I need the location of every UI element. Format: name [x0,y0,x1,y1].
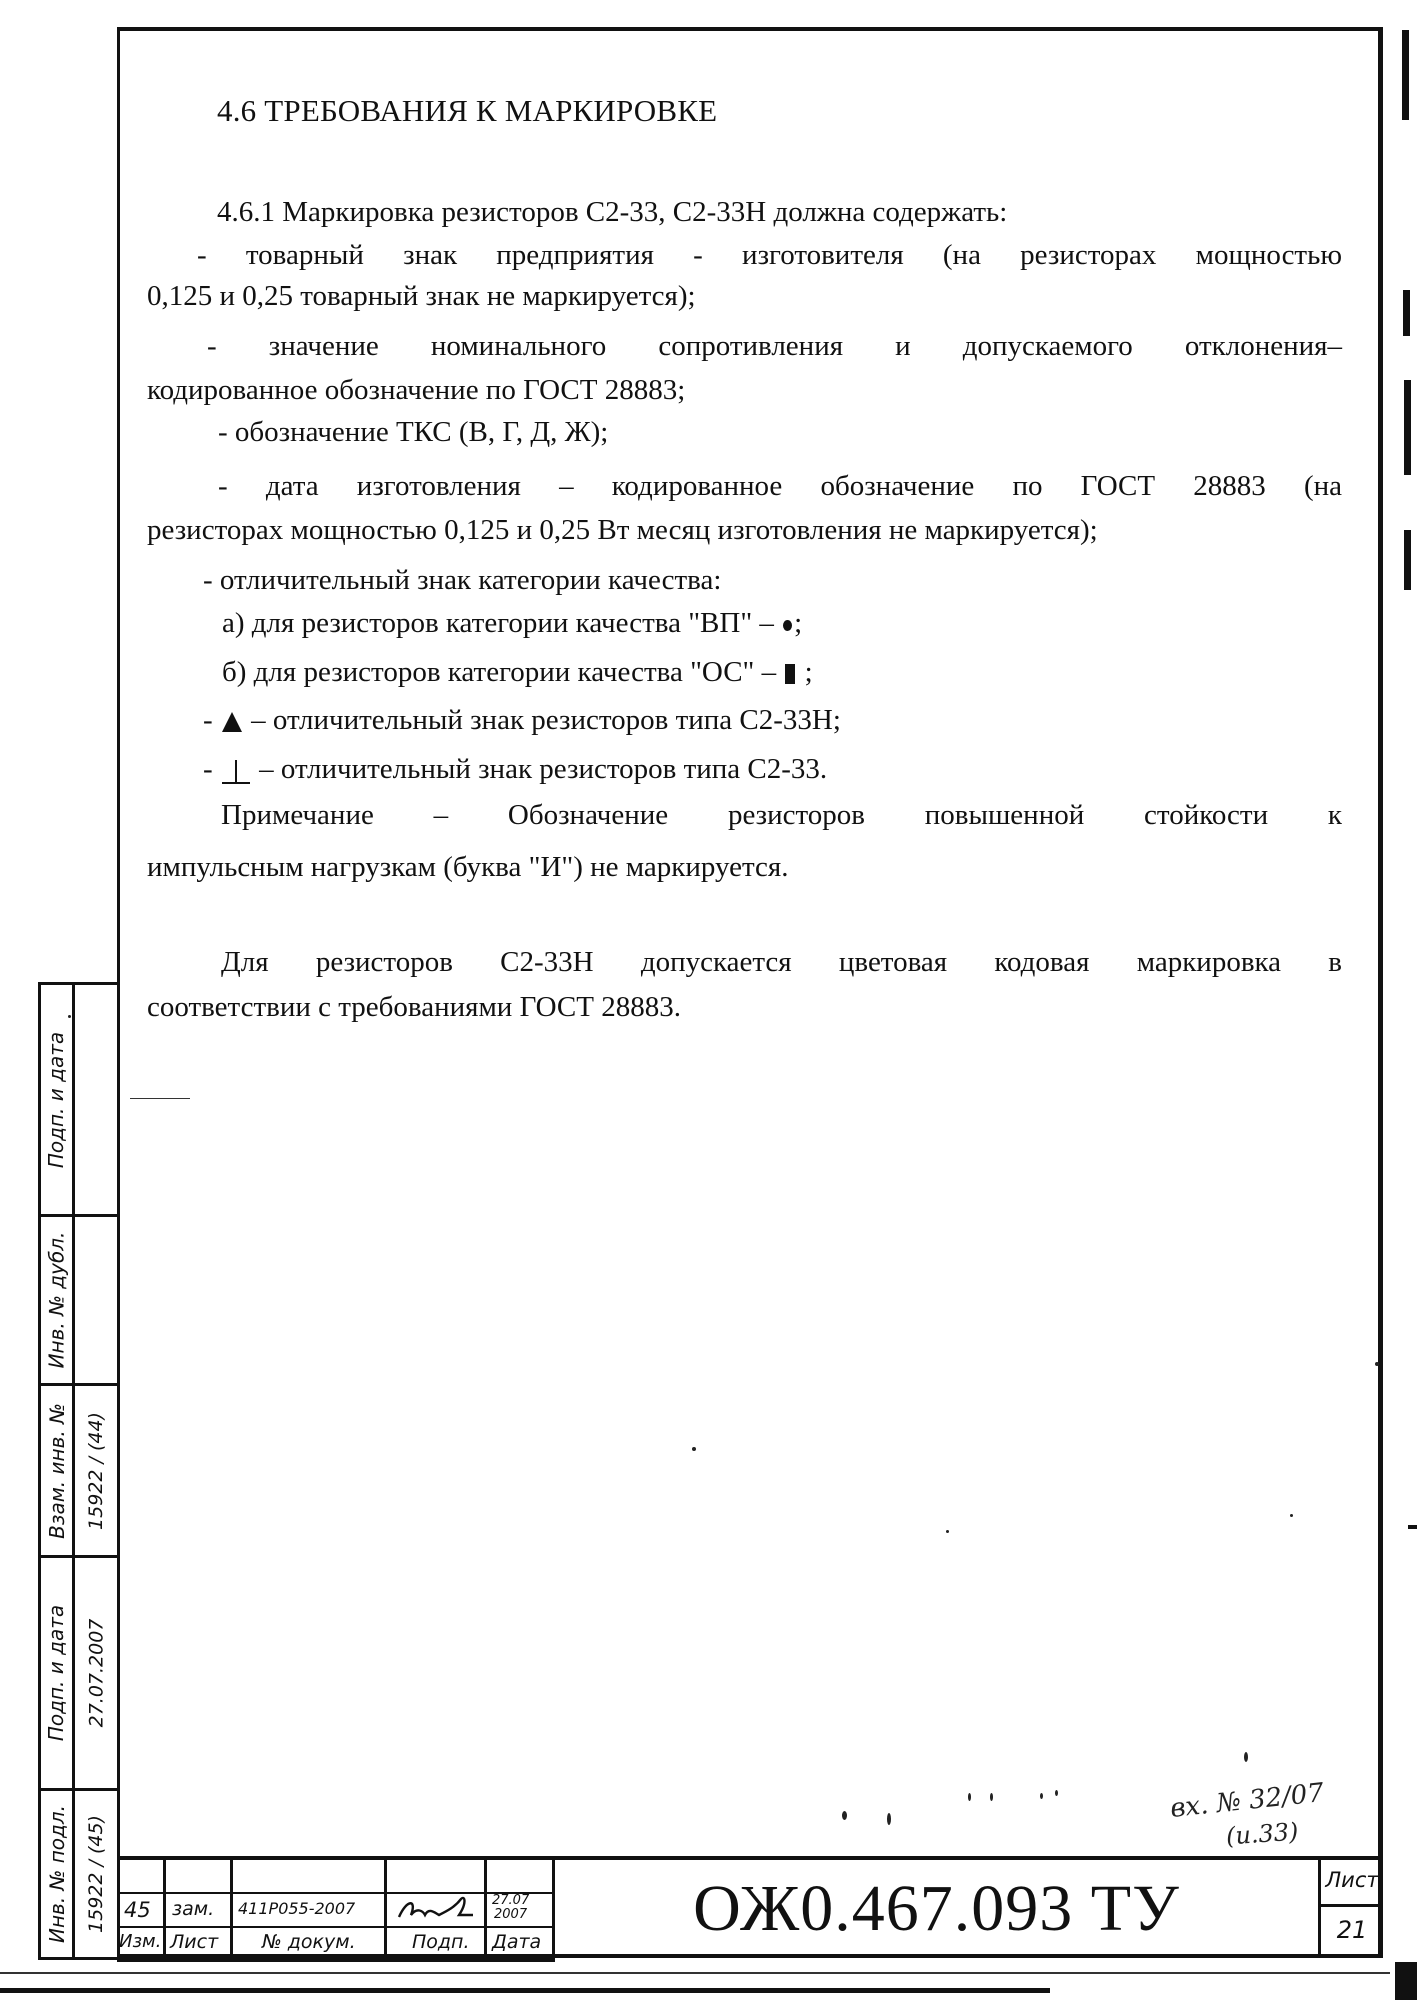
stamp-label: Инв. № подл. [45,1805,69,1943]
stamp-value: 15922 / (44) [85,1412,107,1530]
stamp-label: Взам. инв. № [45,1403,69,1539]
quality-item-os: б) для резисторов категории качества "ОС… [222,655,813,689]
quality-item-vp-suffix: ; [794,607,802,639]
type-item-c2-33: - – отличительный знак резисторов типа С… [203,752,827,786]
stamp-label: Подп. и дата [45,1031,69,1167]
stamp-original-inventory: Инв. № подл. 15922 / (45) [38,1788,120,1960]
stamp-label: Инв. № дубл. [45,1232,69,1369]
document-code: ОЖ0.467.093 ТУ [555,1860,1318,1958]
scan-edge-mark [1404,530,1411,590]
scan-line [0,1972,1390,1974]
stamp-sign-date-bottom: Подп. и дата 27.07.2007 [38,1555,120,1791]
list-item-tks: - обозначение ТКС (В, Г, Д, Ж); [218,415,608,449]
scan-edge-mark [1408,1525,1417,1529]
header-date: Дата [492,1931,541,1953]
rev-date-line1: 27.07 [492,1894,529,1908]
type-item-prefix: - [203,704,220,736]
quality-item-vp: а) для резисторов категории качества "ВП… [222,606,802,640]
note-line-2: импульсным нагрузкам (буква "И") не марк… [147,850,789,884]
scan-edge-mark [1404,380,1411,475]
scan-edge-mark [1402,30,1409,120]
stamp-value: 15922 / (45) [85,1815,107,1933]
handwritten-page-ref: (и.33) [1225,1818,1299,1851]
scan-edge-mark [1395,1962,1417,2000]
note-line-1: Примечание – Обозначение резисторов повы… [221,798,1342,832]
scan-edge-mark [1403,290,1410,336]
list-item-date-cont: резисторах мощностью 0,125 и 0,25 Вт мес… [147,513,1098,547]
section-heading: 4.6 ТРЕБОВАНИЯ К МАРКИРОВКЕ [217,93,717,129]
rev-list-value: зам. [172,1898,214,1920]
quality-item-os-text: б) для резисторов категории качества "ОС… [222,656,783,688]
type-item-c2-33-text: – отличительный знак резисторов типа С2-… [252,753,827,785]
filled-triangle-icon [222,712,242,732]
header-list: Лист [170,1931,218,1953]
list-item-date: - дата изготовления – кодированное обозн… [218,469,1342,503]
type-item-c2-33n-text: – отличительный знак резисторов типа С2-… [244,704,841,736]
quality-item-os-suffix: ; [797,656,812,688]
list-item-quality: - отличительный знак категории качества: [203,563,721,597]
sheet-cell: Лист 21 [1318,1856,1383,1958]
rev-date-line2: 2007 [494,1908,527,1922]
scan-line [0,1988,1050,1993]
clause-4-6-1: 4.6.1 Маркировка резисторов С2-33, С2-33… [217,195,1007,229]
type-item-prefix: - [203,753,220,785]
header-sign: Подп. [412,1931,470,1953]
signature-icon [395,1893,481,1925]
filled-square-icon [785,664,795,684]
stamp-value: 27.07.2007 [85,1619,107,1728]
sheet-label: Лист [1321,1868,1383,1892]
list-item-resistance: - значение номинального сопротивления и … [207,329,1342,363]
perpendicular-icon [222,758,250,784]
sheet-number: 21 [1321,1916,1383,1944]
paragraph-color-coding-line-1: Для резисторов С2-33Н допускается цветов… [221,945,1342,979]
stamp-replaced-inventory: Взам. инв. № 15922 / (44) [38,1383,120,1558]
stamp-sign-date-top: Подп. и дата [38,982,120,1217]
header-docno: № докум. [262,1931,356,1953]
header-izm: Изм. [119,1931,161,1952]
list-item-trademark-cont: 0,125 и 0,25 товарный знак не маркируетс… [147,279,696,313]
list-item-resistance-cont: кодированное обозначение по ГОСТ 28883; [147,373,685,407]
stamp-label: Подп. и дата [45,1605,69,1741]
rev-izm-value: 45 [124,1898,151,1922]
quality-item-vp-text: а) для резисторов категории качества "ВП… [222,607,781,639]
scan-line [130,1098,190,1099]
stamp-dup-inventory: Инв. № дубл. [38,1214,120,1386]
list-item-trademark: - товарный знак предприятия - изготовите… [197,238,1342,272]
type-item-c2-33n: - – отличительный знак резисторов типа С… [203,703,841,737]
filled-circle-icon [783,620,792,631]
paragraph-color-coding-line-2: соответствии с требованиями ГОСТ 28883. [147,990,681,1024]
rev-docno-value: 411Р055-2007 [238,1899,355,1918]
